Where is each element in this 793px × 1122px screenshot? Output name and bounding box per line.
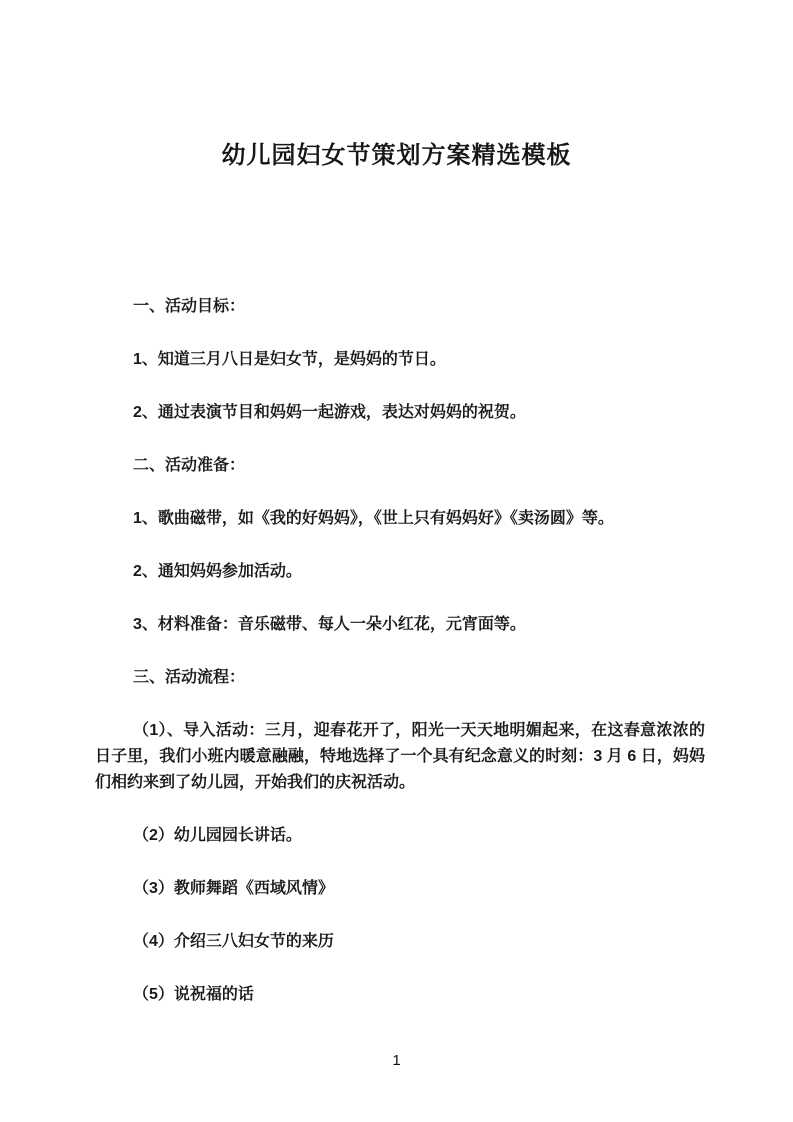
document-page: 幼儿园妇女节策划方案精选模板 一、活动目标： 1、知道三月八日是妇女节，是妈妈的… (0, 0, 793, 1122)
paragraph-preparation-3: 3、材料准备：音乐磁带、每人一朵小红花，元宵面等。 (95, 612, 705, 638)
paragraph-preparation-2: 2、通知妈妈参加活动。 (95, 559, 705, 585)
paragraph-process-1: （1）、导入活动：三月，迎春花开了，阳光一天天地明媚起来，在这春意浓浓的日子里，… (95, 718, 705, 796)
section-heading-activity-preparation: 二、活动准备： (95, 453, 705, 479)
section-heading-activity-goals: 一、活动目标： (95, 294, 705, 320)
paragraph-process-4: （4）介绍三八妇女节的来历 (95, 929, 705, 955)
paragraph-process-5: （5）说祝福的话 (95, 982, 705, 1008)
page-footer: 1 (0, 1050, 793, 1072)
document-title: 幼儿园妇女节策划方案精选模板 (0, 0, 793, 172)
paragraph-process-3: （3）教师舞蹈《西域风情》 (95, 876, 705, 902)
section-heading-activity-process: 三、活动流程： (95, 665, 705, 691)
paragraph-process-2: （2）幼儿园园长讲话。 (95, 823, 705, 849)
page-number: 1 (392, 1052, 400, 1069)
paragraph-preparation-1: 1、歌曲磁带，如《我的好妈妈》，《世上只有妈妈好》《卖汤圆》等。 (95, 506, 705, 532)
paragraph-goal-2: 2、通过表演节目和妈妈一起游戏，表达对妈妈的祝贺。 (95, 400, 705, 426)
document-body: 一、活动目标： 1、知道三月八日是妇女节，是妈妈的节日。 2、通过表演节目和妈妈… (95, 294, 705, 1008)
paragraph-goal-1: 1、知道三月八日是妇女节，是妈妈的节日。 (95, 347, 705, 373)
